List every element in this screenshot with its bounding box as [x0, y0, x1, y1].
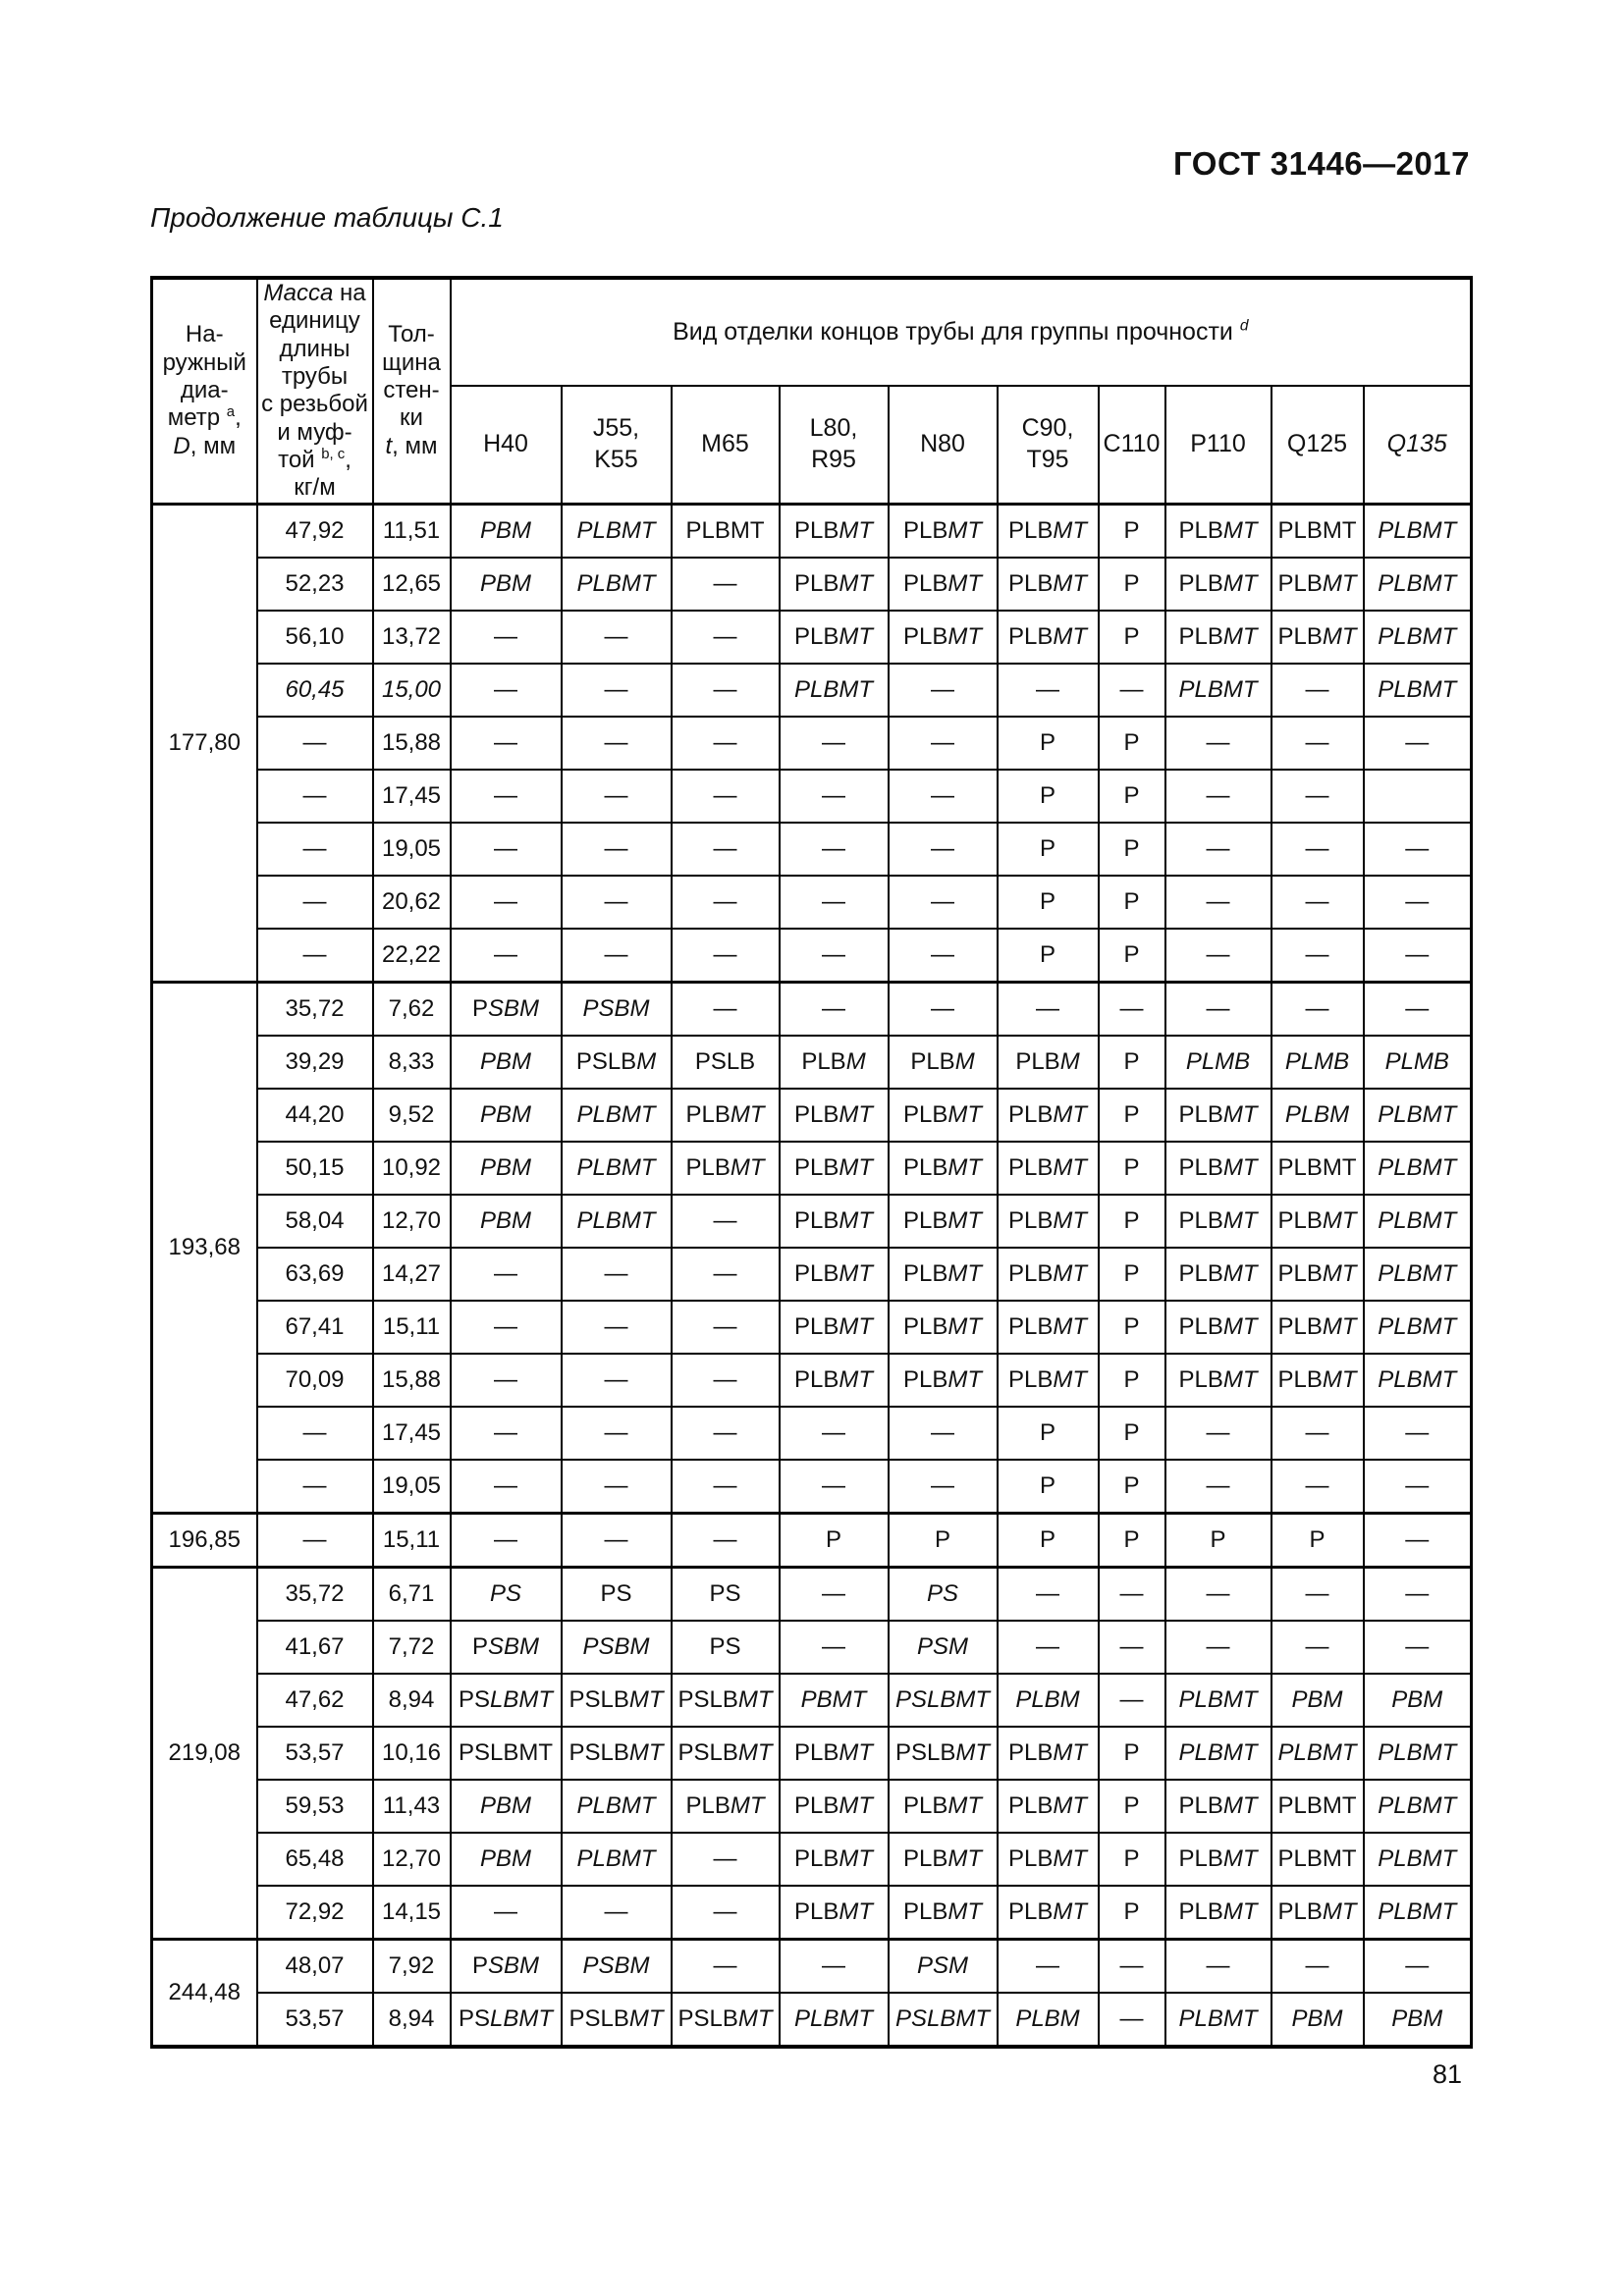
- cell-grade: —: [672, 823, 780, 876]
- cell-grade: PBM: [451, 504, 562, 558]
- col-header-grade-3: M65: [672, 386, 780, 504]
- cell-grade: PBM: [451, 1142, 562, 1195]
- cell-grade: PLBMT: [998, 611, 1099, 664]
- table-row: —20,62—————PP———: [152, 876, 1472, 929]
- table-row: 177,8047,9211,51PBMPLBMTPLBMTPLBMTPLBMTP…: [152, 504, 1472, 558]
- cell-grade: PLBMT: [889, 611, 998, 664]
- cell-grade: PLBMT: [562, 1142, 672, 1195]
- table-row: 65,4812,70PBMPLBMT—PLBMTPLBMTPLBMTPPLBMT…: [152, 1833, 1472, 1886]
- cell-mass: 41,67: [257, 1621, 373, 1674]
- cell-mass: 50,15: [257, 1142, 373, 1195]
- cell-grade: —: [1165, 929, 1271, 983]
- page-number: 81: [1433, 2059, 1462, 2090]
- cell-grade: —: [998, 1621, 1099, 1674]
- cell-grade: P: [1099, 558, 1165, 611]
- table-row: 244,4848,077,92PSBMPSBM——PSM—————: [152, 1939, 1472, 1993]
- cell-mass: 44,20: [257, 1089, 373, 1142]
- cell-thickness: 15,11: [373, 1301, 451, 1354]
- col-header-grade-7: C110: [1099, 386, 1165, 504]
- cell-grade: PBM: [451, 1833, 562, 1886]
- cell-grade: PLBMT: [672, 504, 780, 558]
- cell-grade: PLBMT: [889, 1886, 998, 1940]
- cell-grade: P: [1099, 1833, 1165, 1886]
- cell-outer-diameter: 244,48: [152, 1939, 257, 2047]
- cell-grade: PLBMT: [1364, 504, 1472, 558]
- cell-thickness: 9,52: [373, 1089, 451, 1142]
- col-header-grade-8: P110: [1165, 386, 1271, 504]
- cell-grade: PLBMT: [998, 1195, 1099, 1248]
- cell-grade: —: [1165, 1460, 1271, 1514]
- cell-grade: PSM: [889, 1939, 998, 1993]
- cell-grade: P: [1099, 1036, 1165, 1089]
- cell-grade: —: [1364, 982, 1472, 1036]
- cell-grade: PLBMT: [1271, 1780, 1364, 1833]
- cell-grade: PSBM: [562, 1621, 672, 1674]
- cell-grade: —: [889, 929, 998, 983]
- cell-grade: PSLBMT: [451, 1727, 562, 1780]
- cell-grade: P: [998, 1513, 1099, 1567]
- cell-mass: 63,69: [257, 1248, 373, 1301]
- cell-grade: PSLBM: [562, 1036, 672, 1089]
- table-row: 219,0835,726,71PSPSPS—PS—————: [152, 1567, 1472, 1621]
- cell-grade: PSLBMT: [672, 1674, 780, 1727]
- cell-grade: —: [451, 1248, 562, 1301]
- cell-grade: PLBMT: [562, 1780, 672, 1833]
- cell-grade: —: [672, 1354, 780, 1407]
- col-header-wall-thickness: Тол-щинастен-киt, мм: [373, 278, 451, 504]
- cell-grade: PLBMT: [998, 1142, 1099, 1195]
- cell-grade: PLBMT: [1271, 1886, 1364, 1940]
- cell-grade: —: [1165, 982, 1271, 1036]
- cell-grade: —: [998, 982, 1099, 1036]
- cell-grade: P: [1099, 717, 1165, 770]
- cell-grade: —: [889, 664, 998, 717]
- cell-grade: —: [1364, 1939, 1472, 1993]
- cell-grade: P: [998, 1407, 1099, 1460]
- cell-grade: PLBMT: [1165, 1780, 1271, 1833]
- cell-grade: P: [1099, 1301, 1165, 1354]
- cell-grade: —: [672, 1301, 780, 1354]
- cell-grade: PLBMT: [1165, 1195, 1271, 1248]
- cell-grade: —: [1165, 1621, 1271, 1674]
- table-row: —19,05—————PP———: [152, 1460, 1472, 1514]
- cell-grade: P: [1099, 1354, 1165, 1407]
- cell-mass: 47,62: [257, 1674, 373, 1727]
- cell-thickness: 10,92: [373, 1142, 451, 1195]
- cell-grade: PLBMT: [780, 1780, 889, 1833]
- cell-grade: PLBMT: [780, 611, 889, 664]
- cell-grade: P: [998, 717, 1099, 770]
- cell-outer-diameter: 196,85: [152, 1513, 257, 1567]
- cell-grade: —: [1271, 1460, 1364, 1514]
- cell-grade: —: [1364, 929, 1472, 983]
- cell-grade: —: [780, 1939, 889, 1993]
- cell-grade: —: [451, 770, 562, 823]
- cell-grade: —: [451, 611, 562, 664]
- table-row: —17,45—————PP———: [152, 1407, 1472, 1460]
- cell-grade: —: [562, 664, 672, 717]
- cell-grade: —: [1099, 1621, 1165, 1674]
- cell-grade: P: [1099, 1513, 1165, 1567]
- cell-grade: PLBMT: [672, 1142, 780, 1195]
- cell-grade: PLBMT: [672, 1089, 780, 1142]
- cell-grade: —: [672, 876, 780, 929]
- cell-mass: 35,72: [257, 1567, 373, 1621]
- cell-grade: —: [672, 1248, 780, 1301]
- table-row: 47,628,94PSLBMTPSLBMTPSLBMTPBMTPSLBMTPLB…: [152, 1674, 1472, 1727]
- cell-grade: PBMT: [780, 1674, 889, 1727]
- col-header-grade-9: Q125: [1271, 386, 1364, 504]
- cell-grade: PLBMT: [672, 1780, 780, 1833]
- cell-grade: —: [562, 770, 672, 823]
- cell-grade: PLBMT: [1271, 1354, 1364, 1407]
- cell-thickness: 8,94: [373, 1674, 451, 1727]
- cell-grade: PLBM: [889, 1036, 998, 1089]
- table-row: 63,6914,27———PLBMTPLBMTPLBMTPPLBMTPLBMTP…: [152, 1248, 1472, 1301]
- cell-grade: PLBMT: [1165, 1727, 1271, 1780]
- document-page: ГОСТ 31446—2017 Продолжение таблицы С.1 …: [0, 0, 1623, 2296]
- cell-grade: —: [451, 823, 562, 876]
- cell-grade: —: [1099, 982, 1165, 1036]
- cell-grade: PLBMT: [1165, 664, 1271, 717]
- cell-grade: PSBM: [451, 1621, 562, 1674]
- cell-grade: —: [1364, 823, 1472, 876]
- cell-grade: —: [1364, 1407, 1472, 1460]
- cell-grade: PLBMT: [562, 1195, 672, 1248]
- cell-grade: PSBM: [562, 982, 672, 1036]
- cell-grade: —: [1099, 1674, 1165, 1727]
- cell-grade: P: [998, 929, 1099, 983]
- cell-grade: PLBMT: [889, 558, 998, 611]
- cell-grade: —: [1165, 1407, 1271, 1460]
- cell-grade: PLBMT: [1364, 1780, 1472, 1833]
- cell-grade: P: [1099, 1248, 1165, 1301]
- cell-grade: P: [1099, 1407, 1165, 1460]
- cell-grade: —: [672, 1939, 780, 1993]
- cell-grade: —: [562, 1886, 672, 1940]
- cell-grade: —: [672, 770, 780, 823]
- col-header-mass-per-length: Масса наединицудлинытрубыс резьбойи муф-…: [257, 278, 373, 504]
- cell-mass: 35,72: [257, 982, 373, 1036]
- cell-thickness: 7,62: [373, 982, 451, 1036]
- cell-thickness: 13,72: [373, 611, 451, 664]
- cell-grade: PSLBMT: [562, 1727, 672, 1780]
- cell-grade: PSLBMT: [672, 1727, 780, 1780]
- cell-grade: PLBMT: [780, 504, 889, 558]
- cell-grade: —: [1271, 1407, 1364, 1460]
- cell-grade: P: [1099, 1089, 1165, 1142]
- cell-thickness: 11,43: [373, 1780, 451, 1833]
- cell-mass: 47,92: [257, 504, 373, 558]
- cell-grade: PLBMT: [1364, 1089, 1472, 1142]
- cell-grade: PSLBMT: [562, 1674, 672, 1727]
- cell-thickness: 15,00: [373, 664, 451, 717]
- cell-grade: PLBMT: [1364, 1354, 1472, 1407]
- cell-mass: —: [257, 1460, 373, 1514]
- cell-grade: —: [780, 929, 889, 983]
- cell-grade: PSLBMT: [451, 1674, 562, 1727]
- cell-grade: —: [1165, 823, 1271, 876]
- cell-grade: PLBMT: [1364, 558, 1472, 611]
- cell-grade: —: [562, 929, 672, 983]
- cell-thickness: 7,72: [373, 1621, 451, 1674]
- cell-grade: PLBMT: [1165, 1301, 1271, 1354]
- cell-grade: PSLBMT: [889, 1674, 998, 1727]
- cell-grade: —: [1271, 1567, 1364, 1621]
- cell-grade: —: [451, 929, 562, 983]
- cell-grade: P: [998, 770, 1099, 823]
- cell-grade: —: [672, 1195, 780, 1248]
- cell-grade: —: [1099, 1939, 1165, 1993]
- cell-grade: —: [562, 1407, 672, 1460]
- cell-grade: PLBMT: [1165, 504, 1271, 558]
- cell-grade: —: [780, 823, 889, 876]
- cell-grade: —: [1165, 1939, 1271, 1993]
- cell-mass: 70,09: [257, 1354, 373, 1407]
- cell-grade: PLBMT: [1271, 1833, 1364, 1886]
- cell-grade: PLBMT: [780, 1089, 889, 1142]
- cell-grade: —: [780, 1567, 889, 1621]
- cell-grade: PLBM: [998, 1674, 1099, 1727]
- cell-grade: PLBM: [1271, 1089, 1364, 1142]
- cell-grade: PLBMT: [889, 1089, 998, 1142]
- cell-grade: PLBMT: [1271, 1195, 1364, 1248]
- cell-mass: 56,10: [257, 611, 373, 664]
- table-row: 56,1013,72———PLBMTPLBMTPLBMTPPLBMTPLBMTP…: [152, 611, 1472, 664]
- cell-grade: PLBMT: [780, 1142, 889, 1195]
- cell-grade: PSLBMT: [889, 1727, 998, 1780]
- cell-mass: —: [257, 823, 373, 876]
- cell-grade: PLBMT: [889, 1301, 998, 1354]
- table-row: 58,0412,70PBMPLBMT—PLBMTPLBMTPLBMTPPLBMT…: [152, 1195, 1472, 1248]
- cell-grade: PLBMT: [1364, 1301, 1472, 1354]
- cell-grade: —: [1271, 823, 1364, 876]
- cell-thickness: 10,16: [373, 1727, 451, 1780]
- cell-grade: —: [1165, 770, 1271, 823]
- cell-grade: PLBMT: [1165, 1248, 1271, 1301]
- cell-grade: —: [672, 1886, 780, 1940]
- cell-grade: PBM: [1364, 1993, 1472, 2047]
- cell-grade: PLBMT: [1165, 1142, 1271, 1195]
- cell-grade: —: [451, 1301, 562, 1354]
- table-row: 70,0915,88———PLBMTPLBMTPLBMTPPLBMTPLBMTP…: [152, 1354, 1472, 1407]
- cell-grade: —: [672, 1513, 780, 1567]
- cell-grade: PLBMT: [998, 504, 1099, 558]
- cell-thickness: 11,51: [373, 504, 451, 558]
- cell-grade: PLBMT: [998, 558, 1099, 611]
- cell-grade: PLBMT: [780, 1993, 889, 2047]
- cell-thickness: 8,94: [373, 1993, 451, 2047]
- col-header-grade-5: N80: [889, 386, 998, 504]
- cell-mass: 72,92: [257, 1886, 373, 1940]
- table-row: 72,9214,15———PLBMTPLBMTPLBMTPPLBMTPLBMTP…: [152, 1886, 1472, 1940]
- cell-grade: PS: [672, 1567, 780, 1621]
- cell-grade: PLBMT: [998, 1089, 1099, 1142]
- cell-thickness: 17,45: [373, 770, 451, 823]
- cell-grade: —: [672, 611, 780, 664]
- cell-grade: P: [1099, 504, 1165, 558]
- cell-grade: P: [998, 876, 1099, 929]
- cell-grade: PLBMT: [889, 504, 998, 558]
- cell-grade: PLBMT: [998, 1886, 1099, 1940]
- cell-grade: —: [451, 876, 562, 929]
- cell-grade: —: [998, 664, 1099, 717]
- table-row: —22,22—————PP———: [152, 929, 1472, 983]
- cell-thickness: 22,22: [373, 929, 451, 983]
- cell-grade: PLBMT: [1165, 1089, 1271, 1142]
- table-caption: Продолжение таблицы С.1: [150, 202, 504, 234]
- cell-thickness: 17,45: [373, 1407, 451, 1460]
- cell-grade: PLBMT: [780, 1248, 889, 1301]
- cell-grade: —: [1099, 664, 1165, 717]
- cell-grade: PSLB: [672, 1036, 780, 1089]
- cell-mass: 59,53: [257, 1780, 373, 1833]
- cell-grade: P: [1099, 1727, 1165, 1780]
- cell-thickness: 6,71: [373, 1567, 451, 1621]
- cell-grade: PLBMT: [562, 558, 672, 611]
- cell-grade: —: [889, 1407, 998, 1460]
- cell-grade: PLBMT: [1271, 1142, 1364, 1195]
- cell-grade: —: [1364, 1567, 1472, 1621]
- cell-grade: PLBMT: [889, 1248, 998, 1301]
- col-header-end-finish-group: Вид отделки концов трубы для группы проч…: [451, 278, 1472, 386]
- table-row: 53,578,94PSLBMTPSLBMTPSLBMTPLBMTPSLBMTPL…: [152, 1993, 1472, 2047]
- cell-grade: —: [889, 876, 998, 929]
- cell-grade: —: [451, 1354, 562, 1407]
- cell-grade: P: [1099, 770, 1165, 823]
- cell-thickness: 20,62: [373, 876, 451, 929]
- cell-grade: PLBMT: [1364, 1833, 1472, 1886]
- cell-grade: —: [672, 1407, 780, 1460]
- cell-grade: —: [1364, 1621, 1472, 1674]
- cell-grade: PLBMT: [1271, 504, 1364, 558]
- cell-grade: PLBMT: [1364, 664, 1472, 717]
- cell-grade: —: [1099, 1993, 1165, 2047]
- cell-grade: —: [672, 717, 780, 770]
- cell-grade: —: [1271, 1939, 1364, 1993]
- cell-grade: —: [1099, 1567, 1165, 1621]
- table-row: —19,05—————PP———: [152, 823, 1472, 876]
- cell-mass: 67,41: [257, 1301, 373, 1354]
- table-row: 39,298,33PBMPSLBMPSLBPLBMPLBMPLBMPPLMBPL…: [152, 1036, 1472, 1089]
- col-header-grade-1: H40: [451, 386, 562, 504]
- cell-grade: PLMB: [1364, 1036, 1472, 1089]
- table-row: 44,209,52PBMPLBMTPLBMTPLBMTPLBMTPLBMTPPL…: [152, 1089, 1472, 1142]
- cell-grade: P: [1099, 1142, 1165, 1195]
- cell-grade: PLBMT: [998, 1248, 1099, 1301]
- cell-grade: —: [451, 664, 562, 717]
- cell-grade: PS: [672, 1621, 780, 1674]
- cell-grade: PLBMT: [998, 1780, 1099, 1833]
- cell-mass: 39,29: [257, 1036, 373, 1089]
- cell-grade: PS: [451, 1567, 562, 1621]
- cell-thickness: 15,88: [373, 717, 451, 770]
- table-row: 41,677,72PSBMPSBMPS—PSM—————: [152, 1621, 1472, 1674]
- cell-grade: PSBM: [451, 1939, 562, 1993]
- cell-grade: PLBMT: [1364, 1195, 1472, 1248]
- cell-grade: PLBMT: [998, 1833, 1099, 1886]
- cell-grade: PS: [889, 1567, 998, 1621]
- cell-grade: PLBMT: [780, 1195, 889, 1248]
- cell-grade: P: [889, 1513, 998, 1567]
- cell-grade: P: [1099, 1780, 1165, 1833]
- cell-thickness: 7,92: [373, 1939, 451, 1993]
- cell-grade: —: [780, 1460, 889, 1514]
- cell-grade: PLBM: [998, 1993, 1099, 2047]
- cell-grade: PLBMT: [1165, 558, 1271, 611]
- table-row: 59,5311,43PBMPLBMTPLBMTPLBMTPLBMTPLBMTPP…: [152, 1780, 1472, 1833]
- cell-grade: PLBMT: [889, 1142, 998, 1195]
- cell-grade: —: [672, 982, 780, 1036]
- cell-mass: —: [257, 1407, 373, 1460]
- cell-thickness: 14,15: [373, 1886, 451, 1940]
- table-row: 60,4515,00———PLBMT———PLBMT—PLBMT: [152, 664, 1472, 717]
- cell-grade: PLBMT: [562, 504, 672, 558]
- pipe-end-finish-table: На-ружныйдиа-метр a,D, ммМасса наединицу…: [150, 276, 1473, 2049]
- cell-grade: PLBMT: [562, 1833, 672, 1886]
- cell-grade: —: [562, 717, 672, 770]
- cell-grade: —: [1364, 717, 1472, 770]
- cell-grade: —: [451, 717, 562, 770]
- cell-grade: PLBMT: [780, 1833, 889, 1886]
- cell-grade: PLBMT: [1364, 1727, 1472, 1780]
- cell-grade: —: [780, 876, 889, 929]
- document-code: ГОСТ 31446—2017: [1173, 145, 1470, 183]
- cell-grade: PSLBMT: [672, 1993, 780, 2047]
- cell-grade: —: [780, 1621, 889, 1674]
- cell-outer-diameter: 177,80: [152, 504, 257, 982]
- cell-grade: —: [1165, 1567, 1271, 1621]
- cell-grade: PLBMT: [780, 1354, 889, 1407]
- table-row: 50,1510,92PBMPLBMTPLBMTPLBMTPLBMTPLBMTPP…: [152, 1142, 1472, 1195]
- cell-grade: PLMB: [1165, 1036, 1271, 1089]
- cell-mass: 53,57: [257, 1727, 373, 1780]
- cell-grade: —: [1271, 876, 1364, 929]
- cell-grade: P: [1099, 876, 1165, 929]
- cell-grade: PLBM: [780, 1036, 889, 1089]
- cell-grade: P: [1099, 1460, 1165, 1514]
- cell-grade: —: [1364, 1513, 1472, 1567]
- cell-thickness: 12,70: [373, 1195, 451, 1248]
- cell-grade: PLBMT: [1271, 1727, 1364, 1780]
- cell-grade: P: [1099, 611, 1165, 664]
- cell-grade: PLMB: [1271, 1036, 1364, 1089]
- cell-mass: 52,23: [257, 558, 373, 611]
- cell-grade: PLBMT: [889, 1354, 998, 1407]
- cell-grade: PLBMT: [1364, 611, 1472, 664]
- cell-grade: PLBMT: [562, 1089, 672, 1142]
- cell-thickness: 8,33: [373, 1036, 451, 1089]
- cell-mass: —: [257, 717, 373, 770]
- cell-grade: —: [1271, 982, 1364, 1036]
- cell-grade: —: [562, 876, 672, 929]
- cell-grade: PLBMT: [780, 1727, 889, 1780]
- cell-grade: P: [1099, 1886, 1165, 1940]
- cell-grade: —: [889, 982, 998, 1036]
- cell-mass: —: [257, 929, 373, 983]
- cell-grade: P: [1099, 929, 1165, 983]
- cell-grade: —: [451, 1886, 562, 1940]
- cell-grade: —: [562, 1354, 672, 1407]
- col-header-grade-2: J55,K55: [562, 386, 672, 504]
- cell-grade: PLBMT: [889, 1833, 998, 1886]
- cell-thickness: 12,65: [373, 558, 451, 611]
- cell-grade: PLBM: [998, 1036, 1099, 1089]
- cell-grade: PLBMT: [780, 558, 889, 611]
- cell-grade: PBM: [451, 558, 562, 611]
- cell-grade: PSLBMT: [889, 1993, 998, 2047]
- cell-grade: PLBMT: [1364, 1886, 1472, 1940]
